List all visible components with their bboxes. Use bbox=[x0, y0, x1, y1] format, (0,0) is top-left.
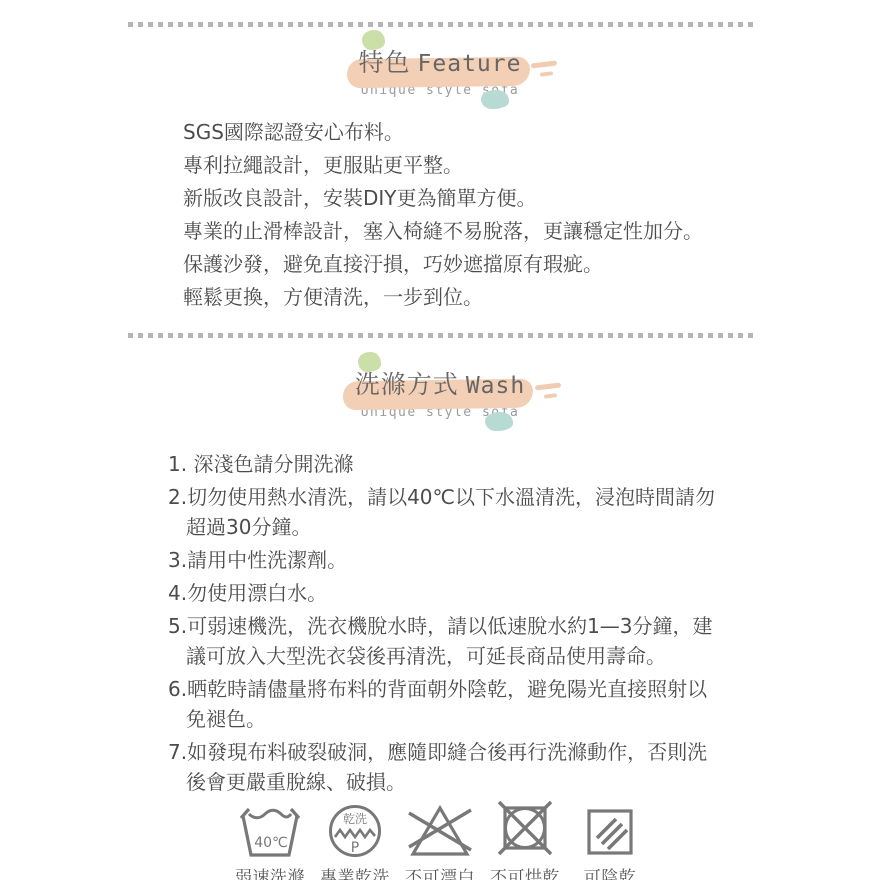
wash-title: 洗滌方式Wash bbox=[355, 367, 525, 404]
wash-item-line: 4.勿使用漂白水。 bbox=[168, 578, 715, 608]
paint-dash bbox=[540, 71, 553, 77]
feature-title: 特色Feature bbox=[359, 45, 522, 82]
care-icon-label: 不可漂白 bbox=[405, 863, 475, 880]
wash-item: 2.切勿使用熱水清洗，請以40℃以下水溫清洗，浸泡時間請勿 超過30分鐘。 bbox=[168, 482, 715, 542]
feature-list: SGS國際認證安心布料。 專利拉繩設計，更服貼更平整。 新版改良設計，安裝DIY… bbox=[183, 117, 703, 315]
care-icon-label: 不可烘乾 bbox=[490, 863, 560, 880]
wash-item: 5.可弱速機洗，洗衣機脫水時，請以低速脫水約1—3分鐘，建 議可放入大型洗衣袋後… bbox=[168, 611, 715, 671]
feature-title-en: Feature bbox=[418, 51, 522, 77]
wash-item-line: 後會更嚴重脫線、破損。 bbox=[168, 767, 715, 797]
wash-item: 6.晒乾時請儘量將布料的背面朝外陰乾，避免陽光直接照射以 免褪色。 bbox=[168, 674, 715, 734]
shade-dry-icon bbox=[583, 805, 637, 859]
paint-dash bbox=[535, 382, 561, 390]
wash-item-line: 6.晒乾時請儘量將布料的背面朝外陰乾，避免陽光直接照射以 bbox=[168, 674, 715, 704]
feature-item: 保護沙發，避免直接汙損，巧妙遮擋原有瑕疵。 bbox=[183, 249, 703, 280]
no-bleach-icon bbox=[406, 801, 474, 859]
wash-instructions-list: 1. 深淺色請分開洗滌 2.切勿使用熱水清洗，請以40℃以下水溫清洗，浸泡時間請… bbox=[168, 449, 715, 800]
care-cell-wash40: 40℃ 弱速洗滌 bbox=[234, 805, 307, 880]
paint-dash bbox=[544, 393, 557, 399]
feature-item: 專利拉繩設計，更服貼更平整。 bbox=[183, 150, 703, 181]
wash-title-zh: 洗滌方式 bbox=[355, 370, 459, 399]
paint-dash bbox=[531, 60, 557, 68]
wash-item-line: 1. 深淺色請分開洗滌 bbox=[168, 449, 715, 479]
feature-item: 新版改良設計，安裝DIY更為簡單方便。 bbox=[183, 183, 703, 214]
care-icon-label: 弱速洗滌 bbox=[235, 863, 305, 880]
no-tumble-dry-icon bbox=[494, 797, 556, 859]
wash-item-line: 7.如發現布料破裂破洞，應隨即縫合後再行洗滌動作，否則洗 bbox=[168, 737, 715, 767]
wash-item: 1. 深淺色請分開洗滌 bbox=[168, 449, 715, 479]
care-cell-no-bleach: 不可漂白 bbox=[404, 801, 477, 880]
dotted-divider bbox=[128, 333, 754, 338]
care-cell-no-tumble: 不可烘乾 bbox=[489, 797, 562, 880]
feature-item: 專業的止滑棒設計，塞入椅縫不易脫落，更讓穩定性加分。 bbox=[183, 216, 703, 247]
dotted-divider bbox=[128, 22, 754, 27]
paint-splotch-green bbox=[358, 352, 381, 372]
care-cell-shade-dry: 可陰乾 bbox=[574, 805, 647, 880]
paint-splotch-teal bbox=[481, 90, 509, 109]
dry-clean-icon: 乾洗 P bbox=[327, 803, 383, 859]
care-icon-label: 專業乾洗 bbox=[320, 863, 390, 880]
wash-title-en: Wash bbox=[466, 373, 525, 399]
wash-item-line: 3.請用中性洗潔劑。 bbox=[168, 545, 715, 575]
wash-item: 4.勿使用漂白水。 bbox=[168, 578, 715, 608]
wash-temp-text: 40℃ bbox=[254, 835, 288, 851]
wash-40-icon: 40℃ bbox=[237, 805, 303, 859]
dry-clean-letter: P bbox=[351, 840, 359, 856]
feature-item: SGS國際認證安心布料。 bbox=[183, 117, 703, 148]
wash-section-header: 洗滌方式Wash Unique style sofa bbox=[0, 367, 880, 420]
wash-item-line: 5.可弱速機洗，洗衣機脫水時，請以低速脫水約1—3分鐘，建 bbox=[168, 611, 715, 641]
paint-splotch-teal bbox=[485, 412, 513, 431]
care-cell-dryclean: 乾洗 P 專業乾洗 bbox=[319, 803, 392, 880]
paint-splotch-green bbox=[362, 30, 385, 50]
care-icons-row: 40℃ 弱速洗滌 乾洗 P 專業乾洗 不可漂白 不可烘乾 bbox=[0, 797, 880, 880]
wash-item-line: 2.切勿使用熱水清洗，請以40℃以下水溫清洗，浸泡時間請勿 bbox=[168, 482, 715, 512]
feature-section-header: 特色Feature Unique style sofa bbox=[0, 45, 880, 98]
feature-title-zh: 特色 bbox=[359, 48, 411, 77]
wash-item: 3.請用中性洗潔劑。 bbox=[168, 545, 715, 575]
wash-heading: 洗滌方式Wash Unique style sofa bbox=[355, 367, 525, 420]
dry-clean-text: 乾洗 bbox=[343, 811, 367, 826]
wash-item: 7.如發現布料破裂破洞，應隨即縫合後再行洗滌動作，否則洗 後會更嚴重脫線、破損。 bbox=[168, 737, 715, 797]
wash-item-line: 議可放入大型洗衣袋後再清洗，可延長商品使用壽命。 bbox=[168, 641, 715, 671]
wash-item-line: 免褪色。 bbox=[168, 704, 715, 734]
feature-item: 輕鬆更換，方便清洗，一步到位。 bbox=[183, 282, 703, 313]
wash-item-line: 超過30分鐘。 bbox=[168, 512, 715, 542]
care-icon-label: 可陰乾 bbox=[584, 863, 637, 880]
feature-heading: 特色Feature Unique style sofa bbox=[359, 45, 522, 98]
